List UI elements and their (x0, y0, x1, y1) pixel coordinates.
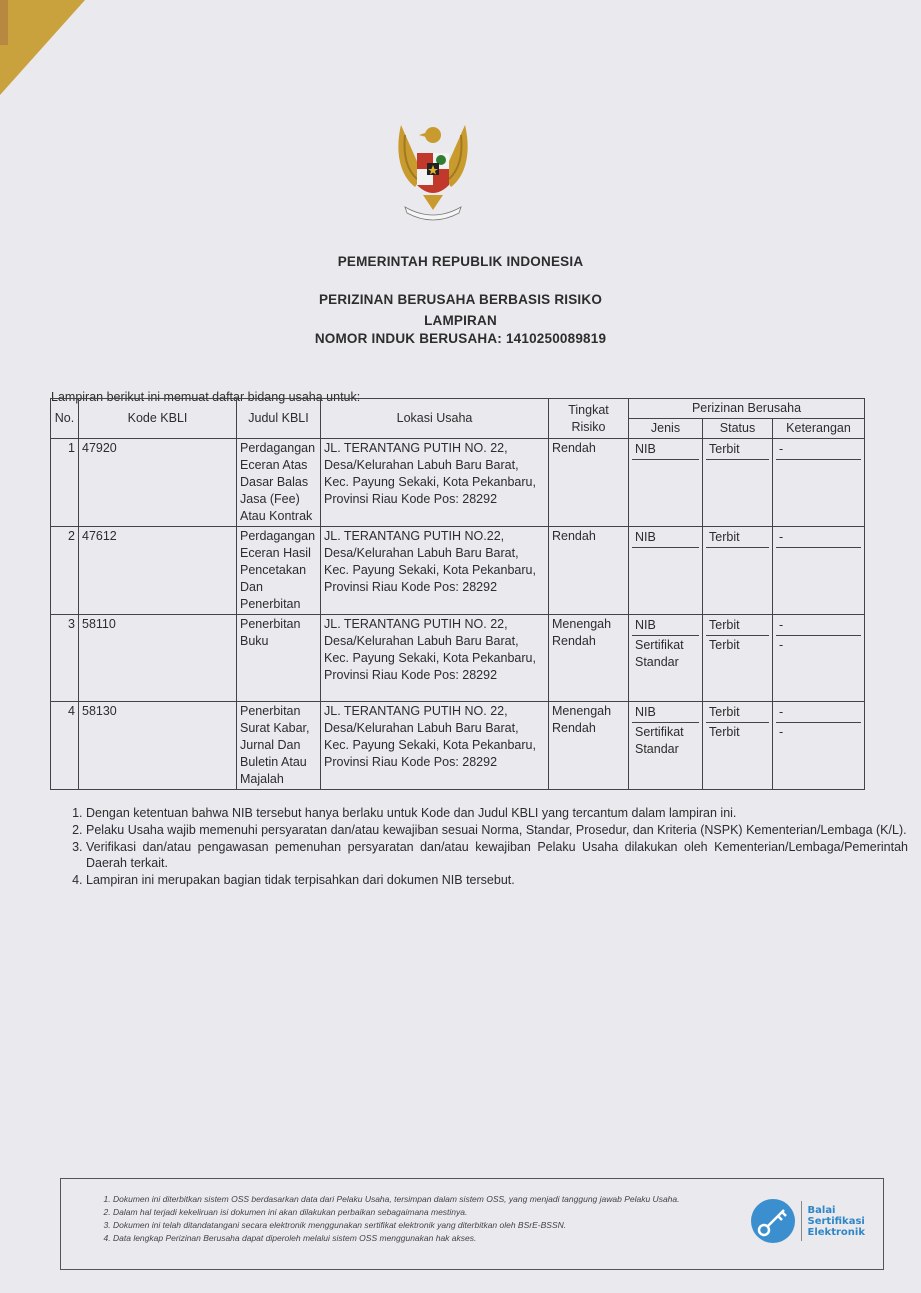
row-tingkat-risiko: Menengah Rendah (549, 702, 629, 790)
permit-status: Terbit (706, 616, 769, 636)
government-heading: PEMERINTAH REPUBLIK INDONESIA (0, 254, 921, 269)
permit-status: Terbit (706, 440, 769, 460)
row-jenis: NIBSertifikat Standar (629, 702, 703, 790)
note-item: Dengan ketentuan bahwa NIB tersebut hany… (86, 805, 908, 821)
footer-note: Data lengkap Perizinan Berusaha dapat di… (113, 1232, 773, 1245)
footer-note: Dalam hal terjadi kekeliruan isi dokumen… (113, 1206, 773, 1219)
row-judul-kbli: Perdagangan Eceran Hasil Pencetakan Dan … (237, 527, 321, 615)
header-no: No. (51, 399, 79, 439)
permit-keterangan (776, 460, 861, 524)
row-tingkat-risiko: Rendah (549, 439, 629, 527)
permit-jenis: Sertifikat Standar (632, 723, 699, 787)
row-kode-kbli: 47612 (79, 527, 237, 615)
header-lokasi-usaha: Lokasi Usaha (321, 399, 549, 439)
notes-list: Dengan ketentuan bahwa NIB tersebut hany… (44, 805, 908, 889)
header-judul-kbli: Judul KBLI (237, 399, 321, 439)
header-status: Status (703, 419, 773, 439)
row-lokasi-usaha: JL. TERANTANG PUTIH NO.22, Desa/Keluraha… (321, 527, 549, 615)
note-item: Verifikasi dan/atau pengawasan pemenuhan… (86, 839, 908, 871)
permit-status: Terbit (706, 703, 769, 723)
header-perizinan-berusaha: Perizinan Berusaha (629, 399, 865, 419)
permit-jenis: NIB (632, 616, 699, 636)
row-no: 3 (51, 615, 79, 702)
row-judul-kbli: Penerbitan Buku (237, 615, 321, 702)
header-keterangan: Keterangan (773, 419, 865, 439)
footer-notes: Dokumen ini diterbitkan sistem OSS berda… (91, 1193, 773, 1245)
kbli-table: No. Kode KBLI Judul KBLI Lokasi Usaha Ti… (50, 398, 865, 790)
permit-jenis: NIB (632, 440, 699, 460)
table-row: 458130Penerbitan Surat Kabar, Jurnal Dan… (51, 702, 865, 790)
row-tingkat-risiko: Menengah Rendah (549, 615, 629, 702)
permit-jenis: Sertifikat Standar (632, 636, 699, 700)
permit-status: Terbit (706, 723, 769, 787)
permit-keterangan: - (776, 703, 861, 723)
table-row: 147920Perdagangan Eceran Atas Dasar Bala… (51, 439, 865, 527)
permit-status: Terbit (706, 528, 769, 548)
corner-strip (0, 0, 8, 45)
bsre-name: Balai Sertifikasi Elektronik (808, 1205, 865, 1238)
row-kode-kbli: 47920 (79, 439, 237, 527)
header-jenis: Jenis (629, 419, 703, 439)
note-item: Lampiran ini merupakan bagian tidak terp… (86, 872, 908, 888)
row-jenis: NIBSertifikat Standar (629, 615, 703, 702)
row-tingkat-risiko: Rendah (549, 527, 629, 615)
header-kode-kbli: Kode KBLI (79, 399, 237, 439)
row-status: TerbitTerbit (703, 702, 773, 790)
row-no: 2 (51, 527, 79, 615)
row-status: Terbit (703, 527, 773, 615)
permit-jenis (632, 460, 699, 524)
permit-jenis: NIB (632, 528, 699, 548)
permit-keterangan (776, 548, 861, 612)
row-kode-kbli: 58110 (79, 615, 237, 702)
footer-note: Dokumen ini telah ditandatangani secara … (113, 1219, 773, 1232)
garuda-emblem-icon (393, 115, 473, 230)
row-lokasi-usaha: JL. TERANTANG PUTIH NO. 22, Desa/Kelurah… (321, 615, 549, 702)
footer-note: Dokumen ini diterbitkan sistem OSS berda… (113, 1193, 773, 1206)
row-judul-kbli: Penerbitan Surat Kabar, Jurnal Dan Bulet… (237, 702, 321, 790)
permit-jenis: NIB (632, 703, 699, 723)
permit-jenis (632, 548, 699, 612)
footer-box: Dokumen ini diterbitkan sistem OSS berda… (60, 1178, 884, 1270)
row-keterangan: -- (773, 615, 865, 702)
row-lokasi-usaha: JL. TERANTANG PUTIH NO. 22, Desa/Kelurah… (321, 439, 549, 527)
row-jenis: NIB (629, 439, 703, 527)
table-row: 247612Perdagangan Eceran Hasil Pencetaka… (51, 527, 865, 615)
permit-keterangan: - (776, 616, 861, 636)
permit-status (706, 548, 769, 612)
permit-status (706, 460, 769, 524)
gold-corner-decoration (0, 0, 85, 95)
header-tingkat-risiko: Tingkat Risiko (549, 399, 629, 439)
row-kode-kbli: 58130 (79, 702, 237, 790)
permit-keterangan: - (776, 636, 861, 700)
permit-keterangan: - (776, 723, 861, 787)
table-row: 358110Penerbitan BukuJL. TERANTANG PUTIH… (51, 615, 865, 702)
permit-keterangan: - (776, 440, 861, 460)
row-no: 4 (51, 702, 79, 790)
row-jenis: NIB (629, 527, 703, 615)
document-subtitle: LAMPIRAN (0, 313, 921, 328)
permit-status: Terbit (706, 636, 769, 700)
row-judul-kbli: Perdagangan Eceran Atas Dasar Balas Jasa… (237, 439, 321, 527)
note-item: Pelaku Usaha wajib memenuhi persyaratan … (86, 822, 908, 838)
document-title: PERIZINAN BERUSAHA BERBASIS RISIKO (0, 292, 921, 307)
row-keterangan: - (773, 439, 865, 527)
row-status: Terbit (703, 439, 773, 527)
row-lokasi-usaha: JL. TERANTANG PUTIH NO. 22, Desa/Kelurah… (321, 702, 549, 790)
row-keterangan: -- (773, 702, 865, 790)
row-status: TerbitTerbit (703, 615, 773, 702)
permit-keterangan: - (776, 528, 861, 548)
row-no: 1 (51, 439, 79, 527)
nib-number: NOMOR INDUK BERUSAHA: 1410250089819 (0, 331, 921, 346)
key-icon (751, 1199, 795, 1243)
row-keterangan: - (773, 527, 865, 615)
bsre-logo: Balai Sertifikasi Elektronik (751, 1199, 865, 1243)
logo-divider (801, 1201, 802, 1241)
